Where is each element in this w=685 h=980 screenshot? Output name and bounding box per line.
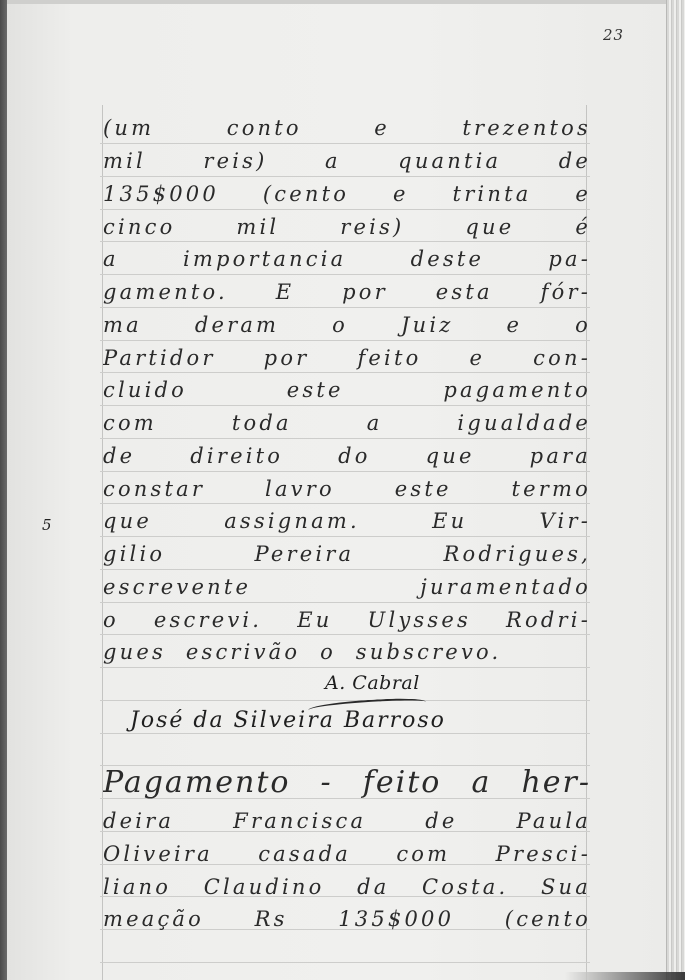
text-line: ma deram o Juiz e o [103, 311, 591, 341]
page-top-edge [7, 0, 667, 4]
text-line: meação Rs 135$000 (cento [103, 905, 591, 935]
ruled-line [100, 700, 590, 701]
text-line: gamento. E por esta fór- [103, 278, 591, 308]
margin-mark: 5 [42, 516, 52, 534]
text-line: a importancia deste pa- [103, 245, 591, 275]
text-line: o escrevi. Eu Ulysses Rodri- [103, 606, 591, 636]
page-number: 23 [603, 26, 624, 44]
section-heading: Pagamento - feito a her- [103, 764, 591, 804]
text-line: gilio Pereira Rodrigues, [103, 540, 591, 570]
text-line: Partidor por feito e con- [103, 344, 591, 374]
ruled-line [100, 733, 590, 734]
signature-partidor: José da Silveira Barroso [130, 708, 446, 733]
page-bottom-shadow [565, 972, 685, 980]
ruled-line [100, 962, 590, 963]
text-line: gues escrivão o subscrevo. [103, 638, 523, 668]
text-line: escrevente juramentado [103, 573, 591, 603]
text-line: 135$000 (cento e trinta e [103, 180, 591, 210]
text-line: de direito do que para [103, 442, 591, 472]
text-line: com toda a igualdade [103, 409, 591, 439]
text-line: constar lavro este termo [103, 475, 591, 505]
text-line: que assignam. Eu Vir- [103, 507, 591, 537]
signature-judge: A. Cabral [325, 672, 420, 694]
text-line: liano Claudino da Costa. Sua [103, 873, 591, 903]
text-line: Oliveira casada com Presci- [103, 840, 591, 870]
text-line: mil reis) a quantia de [103, 147, 591, 177]
text-line: cinco mil reis) que é [103, 213, 591, 243]
text-line: deira Francisca de Paula [103, 807, 591, 837]
book-binding [0, 0, 7, 980]
text-line: (um conto e trezentos [103, 114, 591, 144]
text-line: cluido este pagamento [103, 376, 591, 406]
page-edge-stack [666, 0, 685, 980]
